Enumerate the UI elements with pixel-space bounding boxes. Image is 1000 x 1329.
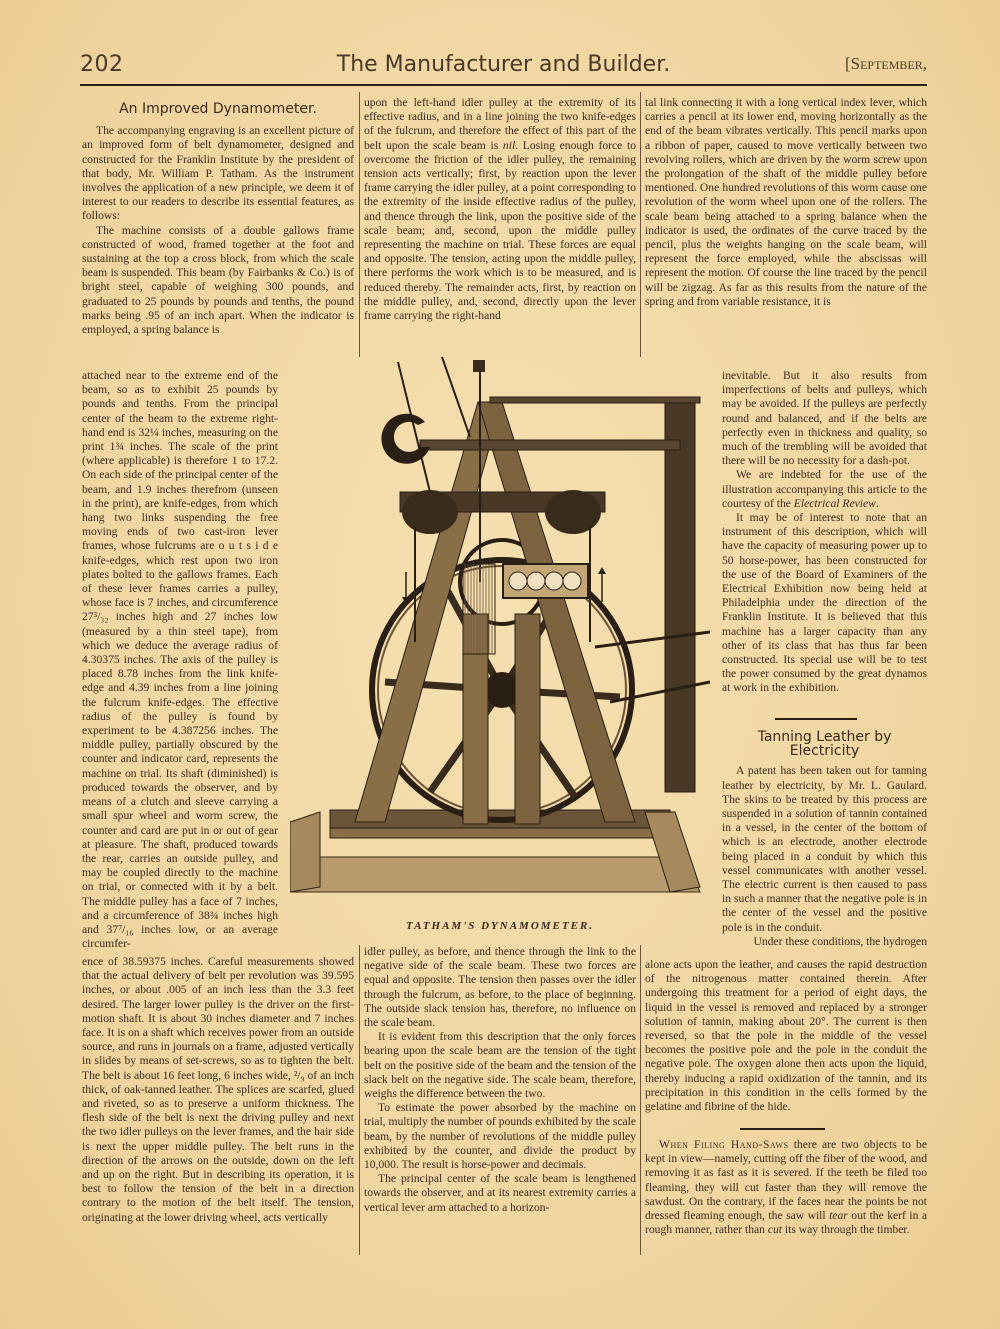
article-dynamometer-col2-top: upon the left-hand idler pulley at the e… [364,96,636,323]
publication-title: The Manufacturer and Builder. [80,52,927,77]
page-header: 202 The Manufacturer and Builder. [Septe… [80,52,927,84]
paragraph: The principal center of the scale beam i… [364,1172,636,1215]
paragraph: idler pulley, as before, and thence thro… [364,945,636,1030]
figure-caption: TATHAM'S DYNAMOMETER. [290,920,710,932]
paragraph: It may be of interest to note that an in… [722,511,927,696]
article-title: An Improved Dynamometer. [82,102,354,116]
article-dynamometer-col3-top: tal link connecting it with a long verti… [645,96,927,309]
column-divider [640,92,641,357]
dynamometer-engraving [290,352,710,907]
paragraph: alone acts upon the leather, and causes … [645,958,927,1114]
article-dynamometer-col2-bottom: idler pulley, as before, and thence thro… [364,945,636,1215]
article-separator [775,718,857,720]
paragraph: To estimate the power absorbed by the ma… [364,1101,636,1172]
paragraph: When Filing Hand-Saws there are two obje… [645,1138,927,1237]
article-dynamometer-col1-top: An Improved Dynamometer. The accompanyin… [82,92,354,337]
paragraph: The machine consists of a double gallows… [82,224,354,338]
article-separator [740,1128,825,1130]
header-rule [80,84,927,86]
publication-reference: Electrical Review [794,497,876,510]
paragraph: We are indebted for the use of the illus… [722,468,927,511]
article-dynamometer-col1-bottom: ence of 38.59375 inches. Careful measure… [82,955,354,1225]
article-tanning-narrow: Tanning Leather by Electricity A patent … [722,722,927,949]
paragraph: ence of 38.59375 inches. Careful measure… [82,955,354,1225]
paragraph: It is evident from this description that… [364,1030,636,1101]
issue-month: [September, [845,54,927,74]
paragraph: inevitable. But it also results from imp… [722,369,927,468]
paragraph: upon the left-hand idler pulley at the e… [364,96,636,323]
lead-in: When Filing Hand-Saws [659,1138,789,1151]
paragraph: The accompanying engraving is an excelle… [82,124,354,223]
dynamometer-illustration-icon [290,352,710,907]
article-dynamometer-col3-narrow: inevitable. But it also results from imp… [722,369,927,696]
paragraph: A patent has been taken out for tanning … [722,764,927,934]
column-divider [359,945,360,1255]
article-title: Tanning Leather by Electricity [722,730,927,758]
column-divider [359,92,360,357]
paragraph: attached near to the extreme end of the … [82,369,278,951]
column-divider [640,945,641,1255]
paragraph: Under these conditions, the hydrogen [722,935,927,949]
article-dynamometer-col1-narrow: attached near to the extreme end of the … [82,369,278,951]
article-hand-saws: When Filing Hand-Saws there are two obje… [645,1138,927,1237]
paragraph: tal link connecting it with a long verti… [645,96,927,309]
article-tanning-full: alone acts upon the leather, and causes … [645,958,927,1114]
